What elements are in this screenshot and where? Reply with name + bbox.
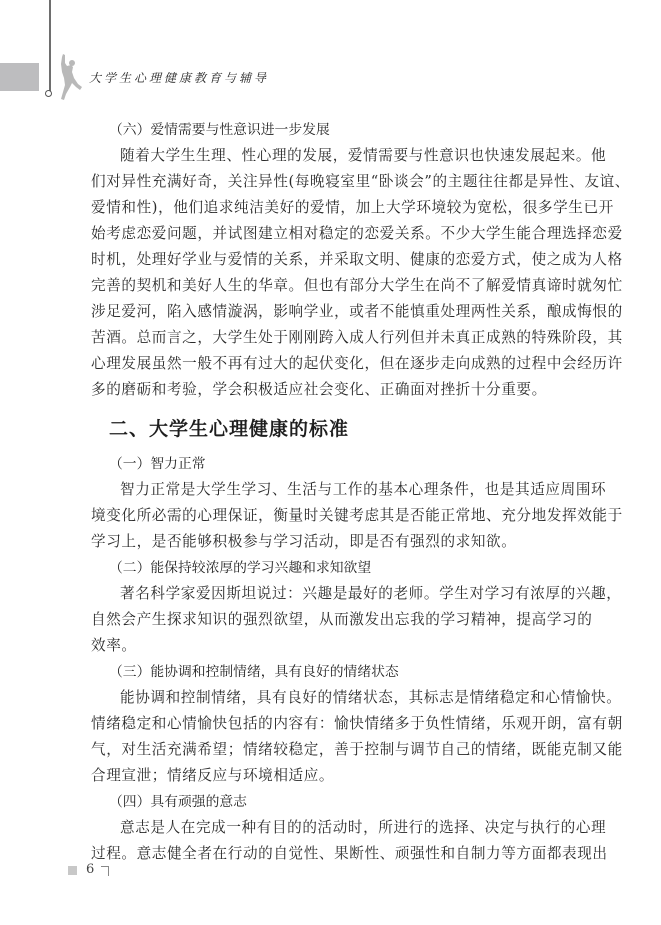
paragraph-line: 智力正常是大学生学习、生活与工作的基本心理条件，也是其适应周围环 [91,477,573,503]
paragraph-line: 们对异性充满好奇，关注异性(每晚寝室里“卧谈会”的主题往往都是异性、友谊、 [91,169,573,195]
paragraph-line: 心理发展虽然一般不再有过大的起伏变化，但在逐步走向成熟的过程中会经历许 [91,351,573,377]
paragraph-line: 气，对生活充满希望；情绪较稳定，善于控制与调节自己的情绪，既能克制又能 [91,737,573,763]
paragraph-line: 能协调和控制情绪，具有良好的情绪状态，其标志是情绪稳定和心情愉快。 [91,685,573,711]
paragraph-line: 涉足爱河，陷入感情漩涡，影响学业，或者不能慎重处理两性关系，酿成悔恨的 [91,299,573,325]
paragraph-line: 爱情和性)，他们追求纯洁美好的爱情，加上大学环境较为宽松，很多学生已开 [91,195,573,221]
paragraph-line: 多的磨砺和考验，学会积极适应社会变化、正确面对挫折十分重要。 [91,377,573,403]
header-vertical-rule [49,0,51,92]
subsection-heading-1: （一）智力正常 [91,451,573,477]
paragraph-line: 境变化所必需的心理保证，衡量时关键考虑其是否能正常地、充分地发挥效能于 [91,503,573,529]
paragraph-line: 自然会产生探求知识的强烈欲望，从而激发出忘我的学习精神，提高学习的 [91,607,573,633]
footer-square-marker [68,866,77,875]
footer-corner-mark [101,866,109,876]
paragraph-line: 苦酒。总而言之，大学生处于刚刚跨入成人行列但并未真正成熟的特殊阶段，其 [91,325,573,351]
paragraph-line: 过程。意志健全者在行动的自觉性、果断性、顽强性和自制力等方面都表现出 [91,841,573,867]
chapter-heading: 二、大学生心理健康的标准 [91,416,573,442]
subsection-heading-3: （三）能协调和控制情绪，具有良好的情绪状态 [91,659,573,685]
paragraph-line: 著名科学家爱因斯坦说过：兴趣是最好的老师。学生对学习有浓厚的兴趣， [91,581,573,607]
paragraph-line: 学习上，是否能够积极参与学习活动，即是否有强烈的求知欲。 [91,529,573,555]
running-header-title: 大学生心理健康教育与辅导 [89,69,269,86]
paragraph-line: 合理宣泄；情绪反应与环境相适应。 [91,763,573,789]
subsection-heading-4: （四）具有顽强的意志 [91,789,573,815]
header-gray-block [0,63,39,91]
paragraph-line: 意志是人在完成一种有目的的活动时，所进行的选择、决定与执行的心理 [91,815,573,841]
subsection-heading-2: （二）能保持较浓厚的学习兴趣和求知欲望 [91,555,573,581]
page-body: （六）爱情需要与性意识进一步发展 随着大学生生理、性心理的发展，爱情需要与性意识… [91,117,573,867]
jumping-person-icon [58,54,84,100]
paragraph-line: 随着大学生生理、性心理的发展，爱情需要与性意识也快速发展起来。他 [91,143,573,169]
paragraph-line: 效率。 [91,633,573,659]
paragraph-line: 完善的契机和美好人生的华章。但也有部分大学生在尚不了解爱情真谛时就匆忙 [91,273,573,299]
header-rule-end-dot [45,90,52,97]
paragraph-line: 时机，处理好学业与爱情的关系，并采取文明、健康的恋爱方式，使之成为人格 [91,247,573,273]
page-number: 6 [86,862,94,877]
paragraph-line: 始考虑恋爱问题，并试图建立相对稳定的恋爱关系。不少大学生能合理选择恋爱 [91,221,573,247]
paragraph-line: 情绪稳定和心情愉快包括的内容有：愉快情绪多于负性情绪，乐观开朗，富有朝 [91,711,573,737]
section-heading-six: （六）爱情需要与性意识进一步发展 [91,117,573,143]
